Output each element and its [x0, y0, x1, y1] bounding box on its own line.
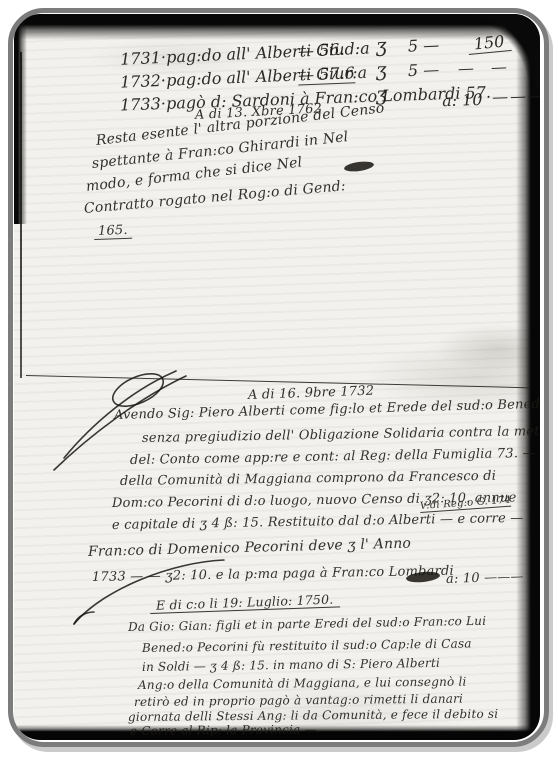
- ledger-col2: 5 —: [408, 60, 440, 80]
- entry3-line: retirò ed in proprio pagò à vantag:o rim…: [134, 692, 463, 709]
- entry2-date: A di 16. 9bre 1732: [248, 384, 375, 403]
- brace-mark: ʒ: [375, 59, 387, 81]
- ink-blot: [344, 160, 375, 173]
- scan-edge-right: [516, 14, 540, 740]
- ledger-year: 1731·: [120, 48, 167, 69]
- ledger-col3: — —: [457, 57, 513, 78]
- entry2-line: e capitale di ʒ 4 ß: 15. Restituito dal …: [112, 511, 524, 533]
- ledger-col2: a: 10: [442, 90, 483, 110]
- ledger-year: 1732·: [120, 71, 167, 92]
- page-gutter-line: [20, 52, 22, 378]
- ledger-year: 1733·: [120, 94, 166, 115]
- entry3-line: e Corre al Rip: la Provincia —: [130, 722, 317, 738]
- brace-mark: ʒ: [375, 35, 387, 57]
- ledger-col2: 5 —: [407, 35, 439, 55]
- scanned-document-photo: 1731· pag:do all' Alberti Giud:a — 56. ʒ…: [0, 0, 558, 760]
- ledger-amount: — 56.: [298, 40, 345, 61]
- entry3-line: in Soldi — ʒ 4 ß: 15. in mano di S: Pier…: [142, 656, 440, 674]
- entry1-ref: 165.: [94, 223, 132, 240]
- entry3-line: Ang:o della Comunità di Maggiana, e lui …: [138, 675, 467, 692]
- ledger-amount: — 57.6: [298, 63, 355, 85]
- entry2-payment-amount: a: 10 ———: [446, 569, 524, 587]
- ledger-col3: 150: [467, 31, 511, 55]
- entry2-line: senza pregiudizio dell' Obligazione Soli…: [142, 424, 540, 446]
- manuscript-page: 1731· pag:do all' Alberti Giud:a — 56. ʒ…: [14, 14, 540, 740]
- ledger-col3: ———: [492, 86, 540, 107]
- entry3-line: Bened:o Pecorini fù restituito il sud:o …: [142, 636, 472, 655]
